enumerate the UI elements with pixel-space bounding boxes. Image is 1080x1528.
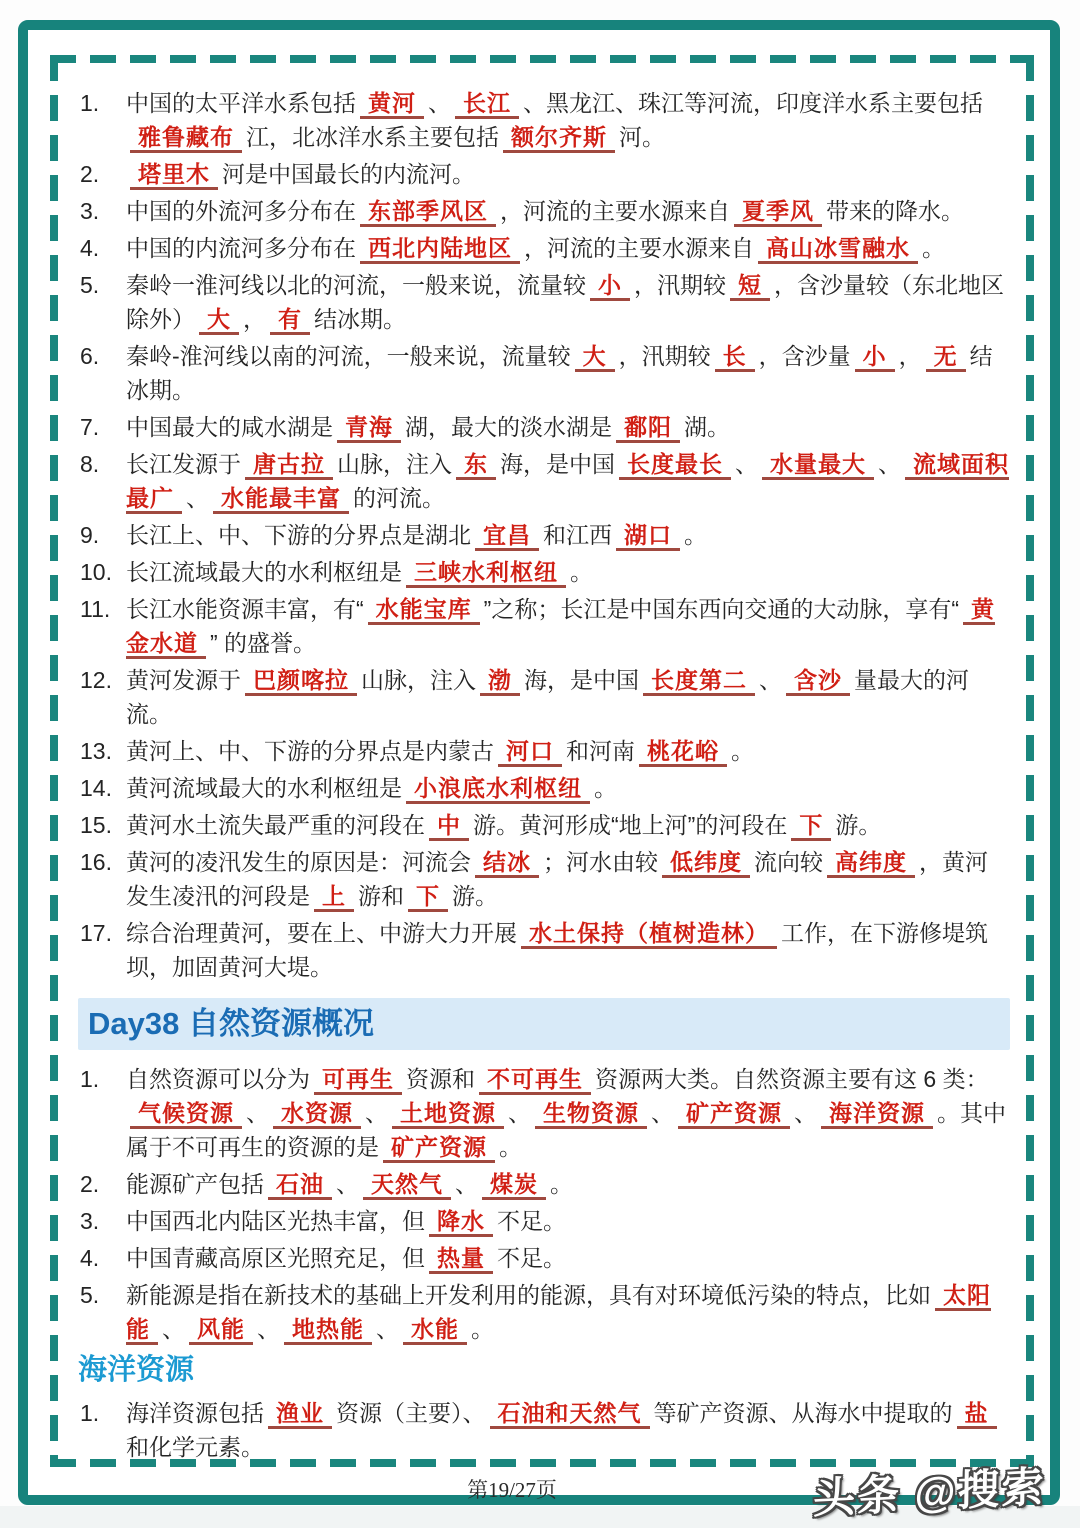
answer-blank: 西北内陆地区 [360,235,520,264]
text-run: 河是中国最长的内流河。 [222,161,475,187]
item-text: 中国西北内陆区光热丰富，但降水不足。 [126,1204,1010,1238]
item-text: 秦岭-淮河线以南的河流，一般来说，流量较大，汛期较长，含沙量小，无结冰期。 [126,339,1010,407]
text-run: 黄河上、中、下游的分界点是内蒙古 [126,738,494,764]
list-item: 15.黄河水土流失最严重的河段在中游。黄河形成“地上河”的河段在下游。 [78,808,1010,842]
text-run: 。 [594,775,617,801]
answer-blank: 额尔齐斯 [503,124,615,153]
answer-blank: 小 [590,272,630,301]
item-number: 13. [78,734,126,768]
item-text: 长江发源于唐古拉山脉，注入东海，是中国长度最长、水量最大、流域面积最广、水能最丰… [126,447,1010,515]
text-run: 中国最大的咸水湖是 [126,414,333,440]
text-run: 、 [794,1100,817,1126]
text-run: ，河流的主要水源来自 [500,198,730,224]
item-number: 4. [78,231,126,265]
text-run: 和化学元素。 [126,1434,264,1458]
item-number: 6. [78,339,126,407]
answer-blank: 小 [855,343,895,372]
text-run: 。 [731,738,754,764]
item-number: 3. [78,194,126,228]
text-run: 江，北冰洋水系主要包括 [246,124,499,150]
answer-blank: 水土保持（植树造林） [521,920,777,949]
list-item: 6.秦岭-淮河线以南的河流，一般来说，流量较大，汛期较长，含沙量小，无结冰期。 [78,339,1010,407]
text-run: 不足。 [497,1208,566,1234]
text-run: 流向较 [754,849,823,875]
item-text: 黄河流域最大的水利枢纽是小浪底水利枢纽。 [126,771,1010,805]
item-number: 17. [78,916,126,984]
list-item: 4.中国的内流河多分布在西北内陆地区，河流的主要水源来自高山冰雪融水。 [78,231,1010,265]
text-run: 。 [550,1171,573,1197]
text-run: 自然资源可以分为 [126,1066,310,1092]
item-number: 1. [78,86,126,154]
text-run: ，汛期较 [634,272,726,298]
text-run: 中国青藏高原区光照充足，但 [126,1245,425,1271]
list-item: 1.海洋资源包括渔业资源（主要）、石油和天然气等矿产资源、从海水中提取的盐和化学… [78,1396,1010,1458]
list-item: 17.综合治理黄河，要在上、中游大力开展水土保持（植树造林）工作，在下游修堤筑坝… [78,916,1010,984]
text-run: 长江发源于 [126,451,241,477]
answer-blank: 下 [408,883,448,912]
answer-blank: 渔业 [268,1400,332,1429]
text-run: 游和 [358,883,404,909]
answer-blank: 雅鲁藏布 [130,124,242,153]
answer-blank: 水资源 [273,1100,361,1129]
text-run: 、黑龙江、珠江等河流，印度洋水系主要包括 [523,90,983,116]
text-run: 、 [428,90,451,116]
list-item: 16.黄河的凌汛发生的原因是：河流会结冰；河水由较低纬度流向较高纬度，黄河发生凌… [78,845,1010,913]
item-text: 中国的内流河多分布在西北内陆地区，河流的主要水源来自高山冰雪融水。 [126,231,1010,265]
item-text: 能源矿产包括石油、天然气、煤炭。 [126,1167,1010,1201]
list-item: 9.长江上、中、下游的分界点是湖北宜昌和江西湖口。 [78,518,1010,552]
text-run: 的河流。 [353,485,445,511]
text-run: 、 [508,1100,531,1126]
text-run: 黄河流域最大的水利枢纽是 [126,775,402,801]
text-run: 、 [186,485,209,511]
item-text: 长江上、中、下游的分界点是湖北宜昌和江西湖口。 [126,518,1010,552]
item-text: 中国的外流河多分布在东部季风区，河流的主要水源来自夏季风带来的降水。 [126,194,1010,228]
item-text: 黄河水土流失最严重的河段在中游。黄河形成“地上河”的河段在下游。 [126,808,1010,842]
answer-blank: 可再生 [314,1066,402,1095]
answer-blank: 地热能 [284,1316,372,1345]
answer-blank: 渤 [480,667,520,696]
text-run: 资源两大类。自然资源主要有这 6 类： [595,1066,989,1092]
text-run: ，河流的主要水源来自 [524,235,754,261]
answer-blank: 降水 [429,1208,493,1237]
answer-blank: 矿产资源 [678,1100,790,1129]
text-run: 不足。 [497,1245,566,1271]
answer-blank: 小浪底水利枢纽 [406,775,590,804]
text-run: 游。 [835,812,881,838]
item-number: 7. [78,410,126,444]
answer-blank: 长 [715,343,755,372]
answer-blank: 水量最大 [762,451,874,480]
item-number: 14. [78,771,126,805]
answer-blank: 东 [456,451,496,480]
answer-blank: 巴颜喀拉 [245,667,357,696]
text-run: 游。黄河形成“地上河”的河段在 [473,812,787,838]
answer-blank: 水能 [403,1316,467,1345]
text-run: ， [243,306,266,332]
text-run: 等矿产资源、从海水中提取的 [654,1400,953,1426]
item-number: 4. [78,1241,126,1275]
item-number: 2. [78,157,126,191]
text-run: 山脉，注入 [361,667,476,693]
item-number: 11. [78,592,126,660]
text-run: 、 [162,1316,185,1342]
answer-blank: 含沙 [786,667,850,696]
day-section-header: Day38 自然资源概况 [78,998,1010,1050]
answer-blank: 水能宝库 [368,596,480,625]
answer-blank: 盐 [957,1400,997,1429]
text-run: 、 [336,1171,359,1197]
text-run: ” 的盛誉。 [210,630,316,656]
item-number: 10. [78,555,126,589]
text-run: ，汛期较 [619,343,711,369]
answer-blank: 黄河 [360,90,424,119]
item-text: 中国最大的咸水湖是青海湖，最大的淡水湖是鄱阳湖。 [126,410,1010,444]
text-run: ，含沙量 [759,343,851,369]
item-text: 长江流域最大的水利枢纽是三峡水利枢纽。 [126,555,1010,589]
list-item: 2.塔里木河是中国最长的内流河。 [78,157,1010,191]
item-number: 5. [78,1278,126,1346]
list-item: 1.中国的太平洋水系包括黄河、长江、黑龙江、珠江等河流，印度洋水系主要包括雅鲁藏… [78,86,1010,154]
text-run: 带来的降水。 [826,198,964,224]
watermark: 头条 @搜索 [813,1454,1046,1526]
answer-blank: 东部季风区 [360,198,496,227]
text-run: 资源和 [406,1066,475,1092]
list-item: 3.中国的外流河多分布在东部季风区，河流的主要水源来自夏季风带来的降水。 [78,194,1010,228]
answer-blank: 上 [314,883,354,912]
answer-blank: 大 [575,343,615,372]
text-run: 湖，最大的淡水湖是 [405,414,612,440]
item-text: 海洋资源包括渔业资源（主要）、石油和天然气等矿产资源、从海水中提取的盐和化学元素… [126,1396,1010,1458]
item-text: 长江水能资源丰富，有“水能宝库”之称；长江是中国东西向交通的大动脉，享有“黄金水… [126,592,1010,660]
list-item: 8.长江发源于唐古拉山脉，注入东海，是中国长度最长、水量最大、流域面积最广、水能… [78,447,1010,515]
answer-blank: 唐古拉 [245,451,333,480]
list-item: 10.长江流域最大的水利枢纽是三峡水利枢纽。 [78,555,1010,589]
content: 1.中国的太平洋水系包括黄河、长江、黑龙江、珠江等河流，印度洋水系主要包括雅鲁藏… [78,86,1010,1458]
text-run: 能源矿产包括 [126,1171,264,1197]
text-run: 河。 [619,124,665,150]
answer-blank: 不可再生 [479,1066,591,1095]
item-text: 黄河发源于巴颜喀拉山脉，注入渤海，是中国长度第二、含沙量最大的河流。 [126,663,1010,731]
text-run: 新能源是指在新技术的基础上开发利用的能源，具有对环境低污染的特点，比如 [126,1282,931,1308]
item-text: 综合治理黄河，要在上、中游大力开展水土保持（植树造林）工作，在下游修堤筑坝，加固… [126,916,1010,984]
text-run: 。 [499,1134,522,1160]
sub-section-header: 海洋资源 [78,1350,1010,1390]
text-run: 综合治理黄河，要在上、中游大力开展 [126,920,517,946]
item-text: 中国的太平洋水系包括黄河、长江、黑龙江、珠江等河流，印度洋水系主要包括雅鲁藏布江… [126,86,1010,154]
item-number: 1. [78,1062,126,1164]
list-item: 14.黄河流域最大的水利枢纽是小浪底水利枢纽。 [78,771,1010,805]
text-run: 、 [759,667,782,693]
text-run: 、 [878,451,901,477]
answer-blank: 水能最丰富 [213,485,349,514]
text-run: 湖。 [684,414,730,440]
item-text: 自然资源可以分为可再生资源和不可再生资源两大类。自然资源主要有这 6 类：气候资… [126,1062,1010,1164]
text-run: 海，是中国 [500,451,615,477]
text-run: 黄河的凌汛发生的原因是：河流会 [126,849,471,875]
answer-blank: 大 [199,306,239,335]
answer-blank: 宜昌 [475,522,539,551]
text-run: 海，是中国 [524,667,639,693]
answer-blank: 短 [730,272,770,301]
text-run: 和江西 [543,522,612,548]
text-run: 海洋资源包括 [126,1400,264,1426]
answer-blank: 长度第二 [643,667,755,696]
item-text: 新能源是指在新技术的基础上开发利用的能源，具有对环境低污染的特点，比如太阳能、风… [126,1278,1010,1346]
text-run: 。 [922,235,945,261]
text-run: 。 [570,559,593,585]
item-number: 12. [78,663,126,731]
text-run: 。 [684,522,707,548]
text-run: 长江水能资源丰富，有“ [126,596,364,622]
text-run: 秦岭-淮河线以南的河流，一般来说，流量较 [126,343,571,369]
text-run: 长江上、中、下游的分界点是湖北 [126,522,471,548]
text-run: 长江流域最大的水利枢纽是 [126,559,402,585]
item-text: 黄河的凌汛发生的原因是：河流会结冰；河水由较低纬度流向较高纬度，黄河发生凌汛的河… [126,845,1010,913]
answer-blank: 生物资源 [535,1100,647,1129]
answer-blank: 青海 [337,414,401,443]
item-text: 秦岭一淮河线以北的河流，一般来说，流量较小，汛期较短，含沙量较（东北地区除外）大… [126,268,1010,336]
answer-blank: 长度最长 [619,451,731,480]
item-number: 9. [78,518,126,552]
list-item: 4.中国青藏高原区光照充足，但热量不足。 [78,1241,1010,1275]
text-run: 黄河水土流失最严重的河段在 [126,812,425,838]
text-run: 游。 [452,883,498,909]
answer-blank: 风能 [189,1316,253,1345]
answer-blank: 气候资源 [130,1100,242,1129]
text-run: 黄河发源于 [126,667,241,693]
text-run: 、 [376,1316,399,1342]
answer-blank: 夏季风 [734,198,822,227]
text-run: 。 [471,1316,494,1342]
list-item: 12.黄河发源于巴颜喀拉山脉，注入渤海，是中国长度第二、含沙量最大的河流。 [78,663,1010,731]
answer-blank: 桃花峪 [639,738,727,767]
text-run: 、 [455,1171,478,1197]
answer-blank: 矿产资源 [383,1134,495,1163]
list-item: 11.长江水能资源丰富，有“水能宝库”之称；长江是中国东西向交通的大动脉，享有“… [78,592,1010,660]
text-run: 资源（主要）、 [336,1400,486,1426]
item-number: 8. [78,447,126,515]
text-run: 中国的太平洋水系包括 [126,90,356,116]
list-item: 13.黄河上、中、下游的分界点是内蒙古河口和河南桃花峪。 [78,734,1010,768]
text-run: 、 [651,1100,674,1126]
text-run: 中国西北内陆区光热丰富，但 [126,1208,425,1234]
answer-blank: 塔里木 [130,161,218,190]
answer-blank: 中 [429,812,469,841]
text-run: 、 [365,1100,388,1126]
list-item: 7.中国最大的咸水湖是青海湖，最大的淡水湖是鄱阳湖。 [78,410,1010,444]
list-item: 5.秦岭一淮河线以北的河流，一般来说，流量较小，汛期较短，含沙量较（东北地区除外… [78,268,1010,336]
answer-blank: 海洋资源 [821,1100,933,1129]
answer-blank: 热量 [429,1245,493,1274]
item-number: 2. [78,1167,126,1201]
text-run: ”之称；长江是中国东西向交通的大动脉，享有“ [484,596,959,622]
text-run: 、 [735,451,758,477]
answer-blank: 下 [791,812,831,841]
list-item: 3.中国西北内陆区光热丰富，但降水不足。 [78,1204,1010,1238]
text-run: 中国的内流河多分布在 [126,235,356,261]
list-item: 2.能源矿产包括石油、天然气、煤炭。 [78,1167,1010,1201]
answer-blank: 低纬度 [662,849,750,878]
answer-blank: 湖口 [616,522,680,551]
text-run: 结冰期。 [314,306,406,332]
answer-blank: 三峡水利枢纽 [406,559,566,588]
text-run: 和河南 [566,738,635,764]
item-text: 塔里木河是中国最长的内流河。 [126,157,1010,191]
answer-blank: 土地资源 [392,1100,504,1129]
text-run: 、 [257,1316,280,1342]
answer-blank: 鄱阳 [616,414,680,443]
answer-blank: 结冰 [475,849,539,878]
answer-blank: 高山冰雪融水 [758,235,918,264]
answer-blank: 高纬度 [827,849,915,878]
answer-blank: 石油和天然气 [490,1400,650,1429]
item-number: 16. [78,845,126,913]
item-text: 黄河上、中、下游的分界点是内蒙古河口和河南桃花峪。 [126,734,1010,768]
answer-blank: 无 [926,343,966,372]
answer-blank: 长江 [455,90,519,119]
item-text: 中国青藏高原区光照充足，但热量不足。 [126,1241,1010,1275]
text-run: ；河水由较 [543,849,658,875]
item-number: 3. [78,1204,126,1238]
list-item: 5.新能源是指在新技术的基础上开发利用的能源，具有对环境低污染的特点，比如太阳能… [78,1278,1010,1346]
text-run: ， [899,343,922,369]
item-number: 1. [78,1396,126,1458]
item-number: 15. [78,808,126,842]
list-item: 1.自然资源可以分为可再生资源和不可再生资源两大类。自然资源主要有这 6 类：气… [78,1062,1010,1164]
item-number: 5. [78,268,126,336]
text-run: 山脉，注入 [337,451,452,477]
answer-blank: 天然气 [363,1171,451,1200]
answer-blank: 煤炭 [482,1171,546,1200]
text-run: 秦岭一淮河线以北的河流，一般来说，流量较 [126,272,586,298]
answer-blank: 有 [270,306,310,335]
answer-blank: 石油 [268,1171,332,1200]
text-run: 、 [246,1100,269,1126]
answer-blank: 河口 [498,738,562,767]
text-run: 中国的外流河多分布在 [126,198,356,224]
